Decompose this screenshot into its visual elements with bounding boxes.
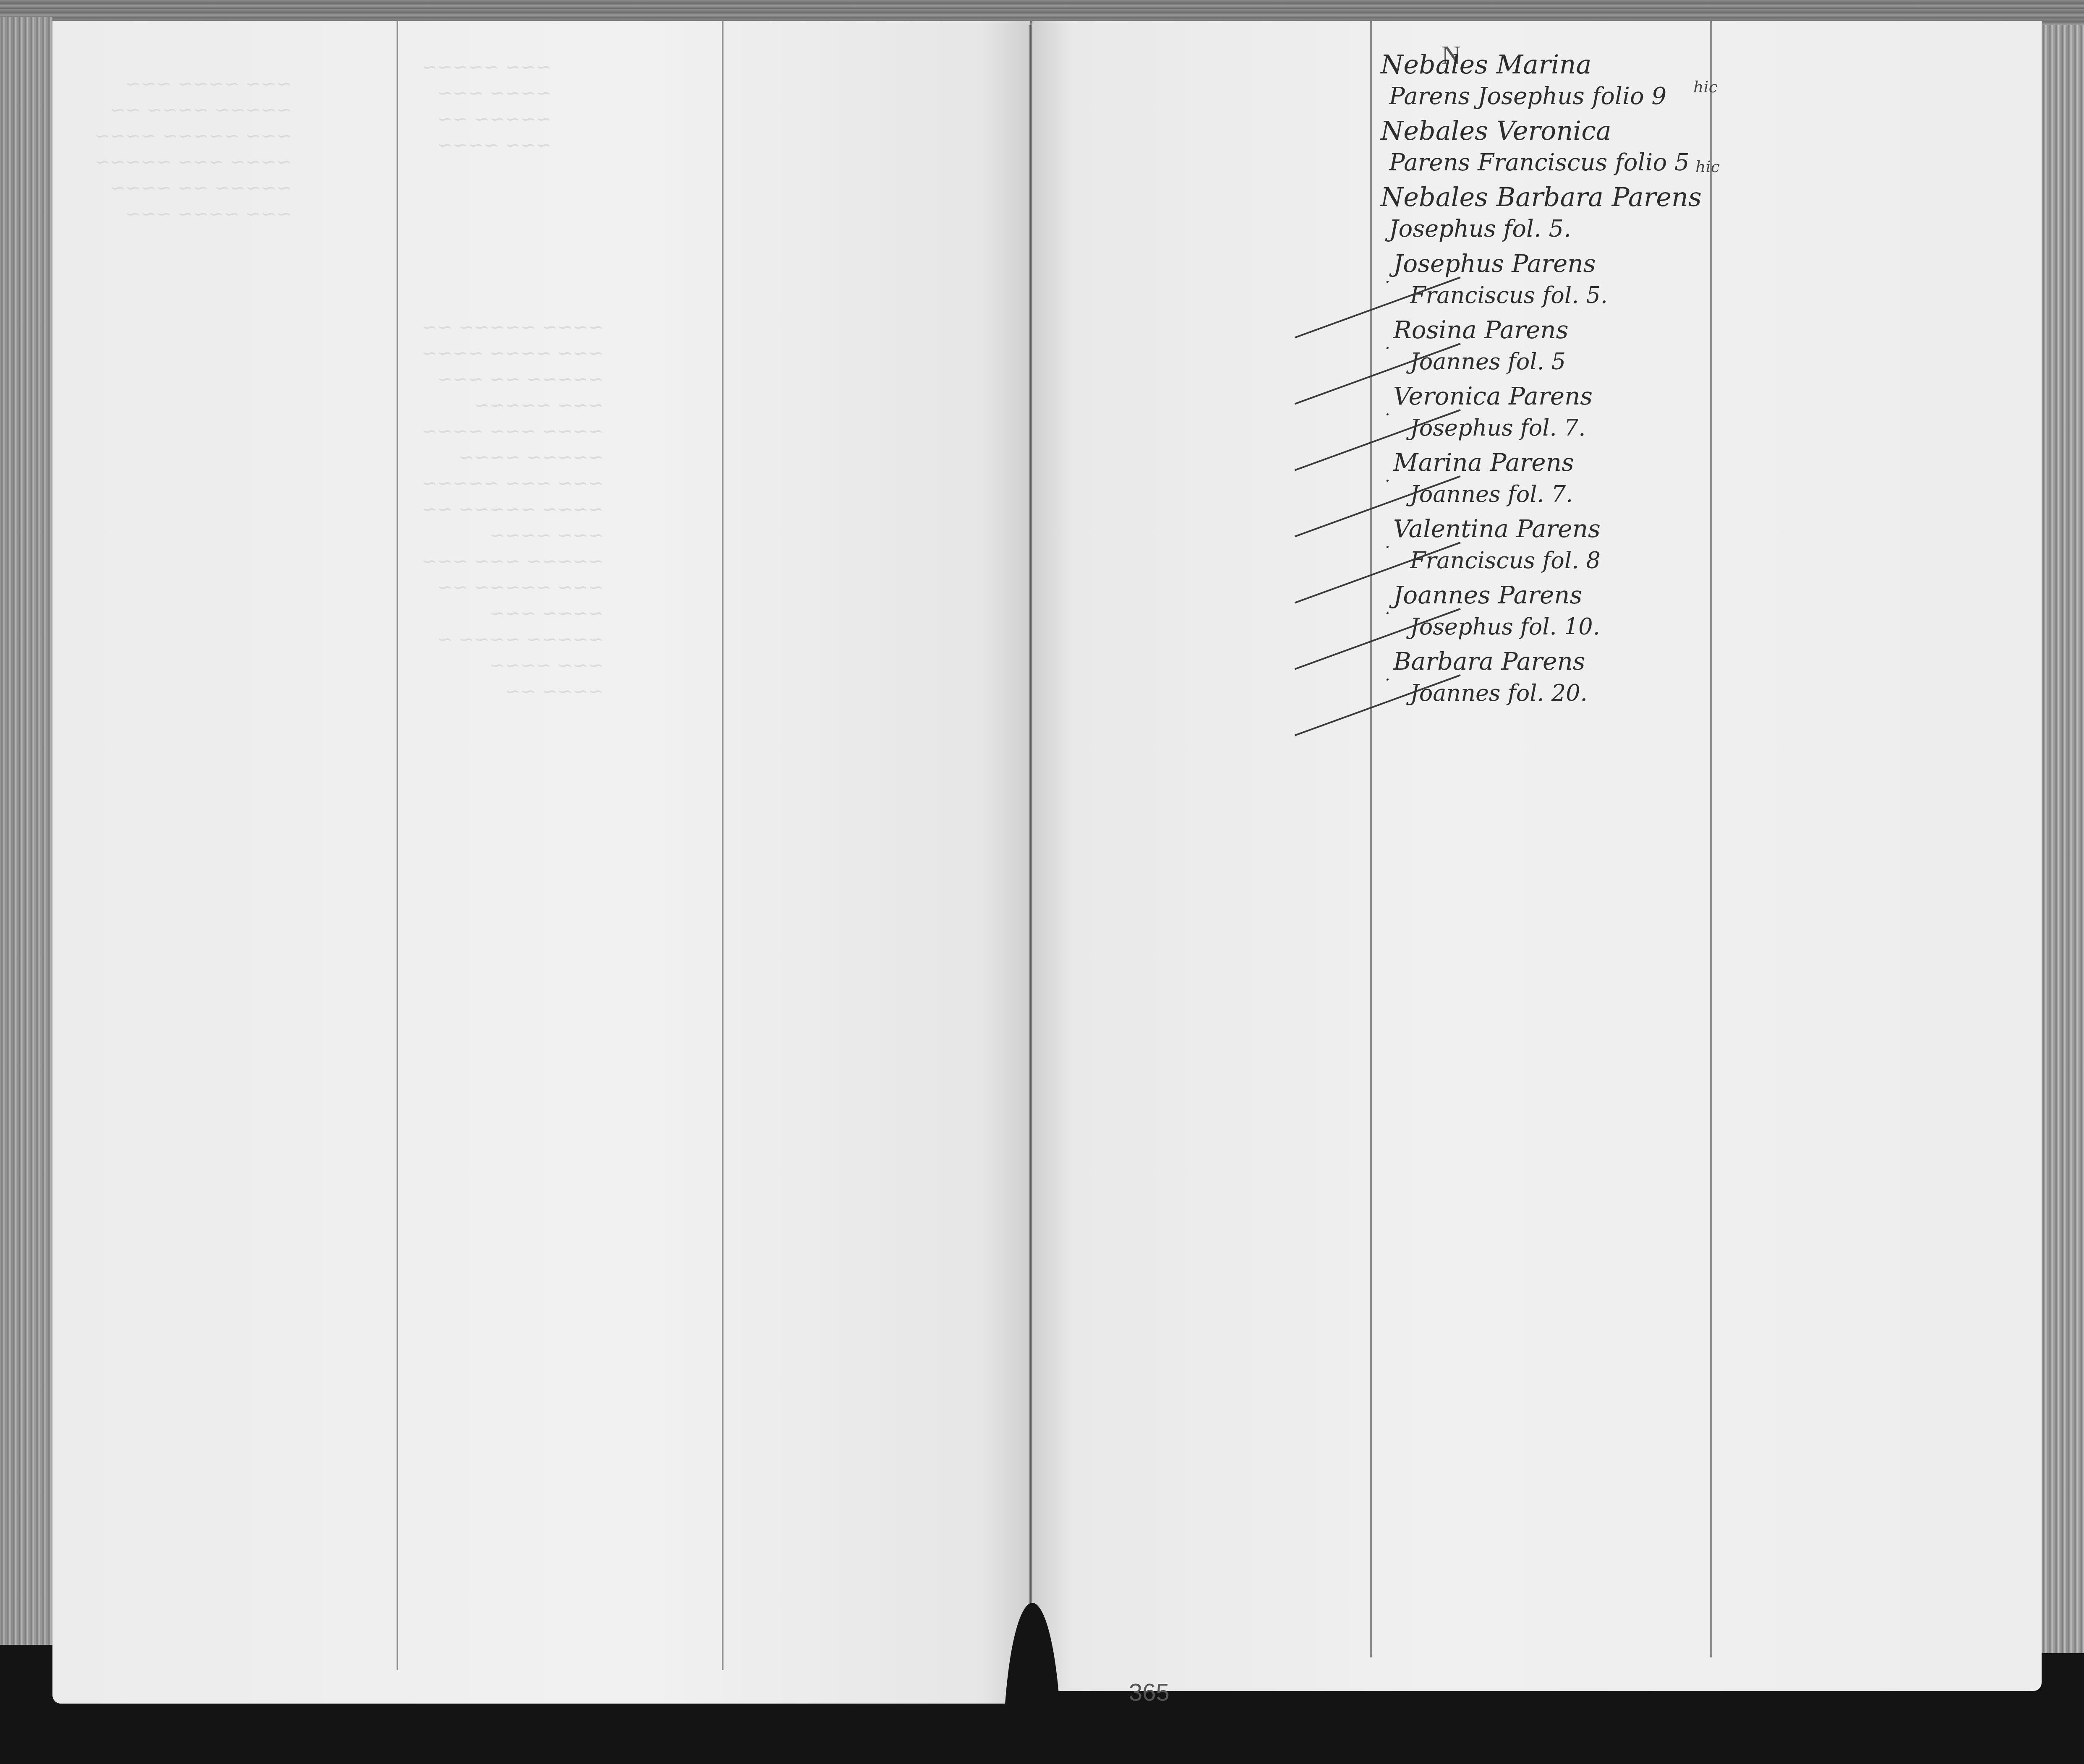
index-entry: · Josephus Parens Franciscus fol. 5. — [1381, 247, 1708, 311]
entry-mark: · — [1385, 339, 1390, 358]
entry-mark: · — [1385, 405, 1390, 424]
entry-name: Valentina Parens — [1381, 512, 1708, 545]
entry-parent-folio: Joannes fol. 20. — [1381, 678, 1708, 709]
entry-mark: · — [1385, 538, 1390, 557]
entry-parent-folio: Josephus fol. 7. — [1381, 412, 1708, 444]
margin-note: hic — [1693, 78, 1718, 96]
column-rule — [397, 21, 398, 1670]
left-page-stack-edge — [0, 17, 52, 1645]
index-entry: · Rosina Parens Joannes fol. 5 — [1381, 313, 1708, 377]
entry-name: Barbara Parens — [1381, 645, 1708, 678]
entry-name: Joannes Parens — [1381, 579, 1708, 611]
entry-name: Josephus Parens — [1381, 247, 1708, 280]
column-rule — [722, 21, 723, 1670]
folio-stamp: 365 — [1129, 1678, 1170, 1707]
entry-parent-folio: Joannes fol. 7. — [1381, 479, 1708, 510]
index-entry: · Joannes Parens Josephus fol. 10. — [1381, 579, 1708, 642]
index-entry: · Marina Parens Joannes fol. 7. — [1381, 446, 1708, 510]
column-rule — [1710, 21, 1712, 1657]
margin-note: hic — [1695, 157, 1720, 176]
index-entry: Nebales Marina Parens Josephus folio 9 — [1381, 48, 1708, 112]
index-entry: Nebales Barbara Parens Josephus fol. 5. — [1381, 181, 1708, 245]
entry-mark: · — [1385, 471, 1390, 491]
entry-parent-folio: Josephus fol. 5. — [1381, 214, 1708, 245]
entry-mark: · — [1385, 604, 1390, 623]
background-bottom — [0, 1739, 2084, 1764]
left-page: ~~~ ~~~~ ~~~ ~~~~~ ~~~~ ~~ ~~~ ~~~~~ ~~~… — [52, 21, 1030, 1704]
entry-parent-folio: Parens Josephus folio 9 — [1381, 81, 1708, 112]
entry-parent-folio: Franciscus fol. 8 — [1381, 545, 1708, 576]
bleed-through-text: ~~~ ~~~~~ ~~~~ ~~~ ~~~~~ ~~ ~~~ ~~~~ — [422, 55, 551, 159]
entry-parent-folio: Joannes fol. 5 — [1381, 346, 1708, 377]
index-entry: · Barbara Parens Joannes fol. 20. — [1381, 645, 1708, 709]
index-entry: · Valentina Parens Franciscus fol. 8 — [1381, 512, 1708, 576]
entry-name: Nebales Veronica — [1381, 115, 1708, 147]
entry-name: Marina Parens — [1381, 446, 1708, 479]
entry-mark: · — [1385, 670, 1390, 689]
index-entry: · Veronica Parens Josephus fol. 7. — [1381, 380, 1708, 444]
bleed-through-text: ~~~~ ~~~~~ ~~ ~~~ ~~~~ ~~~~ ~~~~~ ~~ ~~~… — [422, 315, 604, 705]
entry-name: Nebales Barbara Parens — [1381, 181, 1708, 214]
index-entries: Nebales Marina Parens Josephus folio 9 N… — [1381, 48, 1708, 711]
entry-parent-folio: Franciscus fol. 5. — [1381, 280, 1708, 311]
bleed-through-text: ~~~ ~~~~ ~~~ ~~~~~ ~~~~ ~~ ~~~ ~~~~~ ~~~… — [94, 71, 292, 227]
entry-name: Nebales Marina — [1381, 48, 1708, 81]
entry-mark: · — [1385, 272, 1390, 292]
entry-name: Veronica Parens — [1381, 380, 1708, 412]
entry-parent-folio: Josephus fol. 10. — [1381, 611, 1708, 642]
entry-name: Rosina Parens — [1381, 313, 1708, 346]
entry-parent-folio: Parens Franciscus folio 5 — [1381, 147, 1708, 178]
column-rule — [1370, 21, 1372, 1657]
right-page-stack-edge — [2042, 25, 2084, 1653]
index-entry: Nebales Veronica Parens Franciscus folio… — [1381, 115, 1708, 178]
